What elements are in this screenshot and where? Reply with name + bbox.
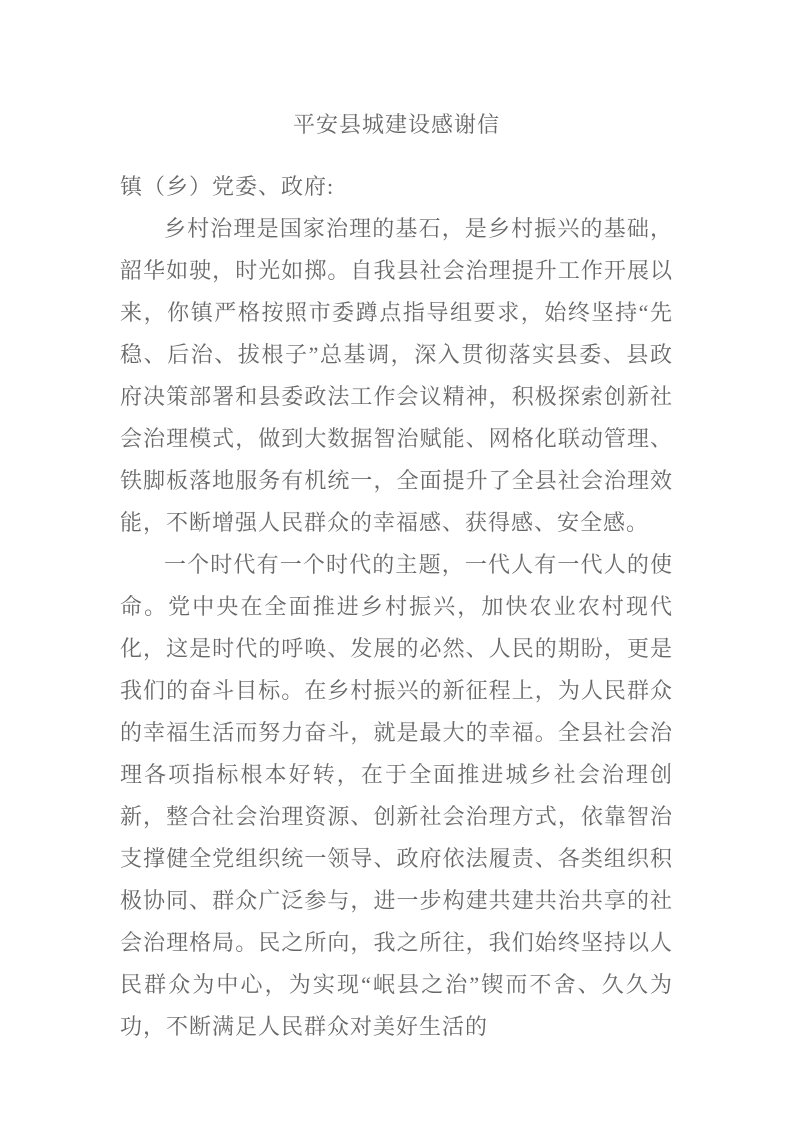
body-paragraph-2: 一个时代有一个时代的主题，一代人有一代人的使命。党中央在全面推进乡村振兴，加快农… bbox=[120, 544, 673, 1048]
body-paragraph-1: 乡村治理是国家治理的基石，是乡村振兴的基础，韶华如驶，时光如掷。自我县社会治理提… bbox=[120, 208, 673, 544]
document-page: 平安县城建设感谢信 镇（乡）党委、政府: 乡村治理是国家治理的基石，是乡村振兴的… bbox=[0, 0, 793, 1122]
document-title: 平安县城建设感谢信 bbox=[120, 110, 673, 140]
salutation: 镇（乡）党委、政府: bbox=[120, 166, 673, 208]
document-content: 平安县城建设感谢信 镇（乡）党委、政府: 乡村治理是国家治理的基石，是乡村振兴的… bbox=[120, 110, 673, 1048]
